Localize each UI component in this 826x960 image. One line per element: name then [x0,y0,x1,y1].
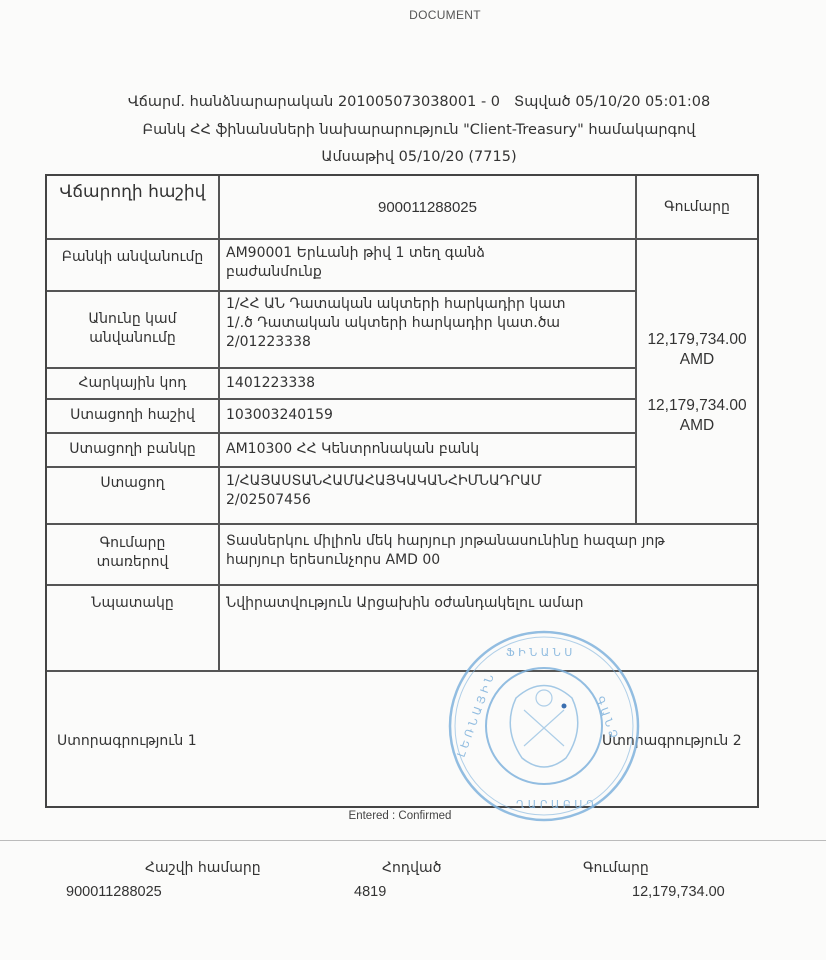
purpose-value: Նվիրատվություն Արցախին օժանդակելու ամար [220,594,750,613]
header-line-1: Վճարմ. հանձնարարական 201005073038001 - 0… [6,94,826,110]
payer-name-value: 1/ՀՀ ԱՆ Դատական ակտերի հարկադիր կատ 1/.ծ… [220,295,635,352]
recipient-bank-label: Ստացողի բանկը [47,440,218,459]
amount-words-value: Տասներկու միլիոն մեկ հարյուր յոթանասունի… [220,532,750,570]
payment-order-table: Վճարողի հաշիվ 900011288025 Գումարը Բանկի… [45,174,759,808]
recipient-label: Ստացող [47,474,218,493]
currency: AMD [637,416,757,436]
footer-amount-label: Գումարը [583,860,649,876]
recipient-bank-value: AM10300 ՀՀ Կենտրոնական բանկ [220,440,635,459]
header-date: Ամսաթիվ 05/10/20 (7715) [6,149,826,165]
amount-value: 12,179,734.00 [637,396,757,416]
divider [47,432,637,434]
bank-name-value: AM90001 Երևանի թիվ 1 տեղ գանձ բաժանմունք [220,244,635,282]
footer-account-label: Հաշվի համարը [145,860,261,876]
recipient-account-label: Ստացողի հաշիվ [47,406,218,425]
tax-code-label: Հարկային կոդ [47,374,218,393]
label-line: անվանումը [47,329,218,348]
document-title: DOCUMENT [0,8,826,22]
svg-text:Գ Ա Ն Ձ: Գ Ա Ն Ձ [593,695,620,740]
payer-name-line: 1/.ծ Դատական ակտերի հարկադիր կատ.ծա [226,314,635,333]
recipient-account-value: 103003240159 [220,406,635,425]
svg-text:Ֆ Ի Ն Ա Ն Ս: Ֆ Ի Ն Ա Ն Ս [506,646,572,659]
divider [47,466,637,468]
footer-amount-value: 12,179,734.00 [632,884,725,900]
amount-debit: 12,179,734.00 AMD [637,330,757,370]
divider [47,367,637,369]
official-stamp-icon: Ֆ Ի Ն Ա Ն Ս Գ Ա Ն Ձ Ղ Ա Ր Ա Բ Ա Ղ Լ Ե Ռ … [446,628,642,824]
divider [47,398,637,400]
footer-line-value: 4819 [354,884,386,900]
currency: AMD [637,350,757,370]
divider [47,290,637,292]
footer-line-label: Հոդված [382,860,441,876]
divider [47,584,757,586]
signature-1-label: Ստորագրություն 1 [57,732,307,751]
amount-words-label: Գումարը տառերով [47,534,218,572]
divider [47,238,757,240]
header-bank-system: Բանկ ՀՀ ֆինանսների նախարարություն "Clien… [6,122,826,138]
payment-order-number: Վճարմ. հանձնարարական 201005073038001 - 0 [128,94,500,110]
payer-name-label: Անունը կամ անվանումը [47,310,218,348]
label-line: Անունը կամ [47,310,218,329]
amount-words-line: Տասներկու միլիոն մեկ հարյուր յոթանասունի… [226,532,750,551]
tax-code-value: 1401223338 [220,374,635,393]
divider [47,523,757,525]
footer-account-value: 900011288025 [66,884,162,900]
amount-value: 12,179,734.00 [637,330,757,350]
payer-name-line: 2/01223338 [226,333,635,352]
status-entered-confirmed: Entered : Confirmed [0,810,800,822]
divider [47,670,757,672]
recipient-line: 2/02507456 [226,491,635,510]
amount-credit: 12,179,734.00 AMD [637,396,757,436]
amount-words-line: հարյուր երեսունչորս AMD 00 [226,551,750,570]
payer-account-label: Վճարողի հաշիվ [47,180,218,204]
payer-account-value: 900011288025 [220,198,635,217]
amount-header: Գումարը [637,198,757,217]
label-line: Գումարը [47,534,218,553]
bank-name-label: Բանկի անվանումը [47,248,218,267]
bank-name-line: AM90001 Երևանի թիվ 1 տեղ գանձ [226,244,635,263]
label-line: տառերով [47,553,218,572]
recipient-line: 1/ՀԱՅԱՍՏԱՆՀԱՄԱՀԱՅԿԱԿԱՆՀԻՄՆԱԴՐԱՄ [226,472,635,491]
recipient-value: 1/ՀԱՅԱՍՏԱՆՀԱՄԱՀԱՅԿԱԿԱՆՀԻՄՆԱԴՐԱՄ 2/025074… [220,472,635,510]
separator [0,840,826,841]
bank-name-line: բաժանմունք [226,263,635,282]
payer-name-line: 1/ՀՀ ԱՆ Դատական ակտերի հարկադիր կատ [226,295,635,314]
printed-timestamp: Տպված 05/10/20 05:01:08 [514,94,710,110]
purpose-label: Նպատակը [47,594,218,613]
